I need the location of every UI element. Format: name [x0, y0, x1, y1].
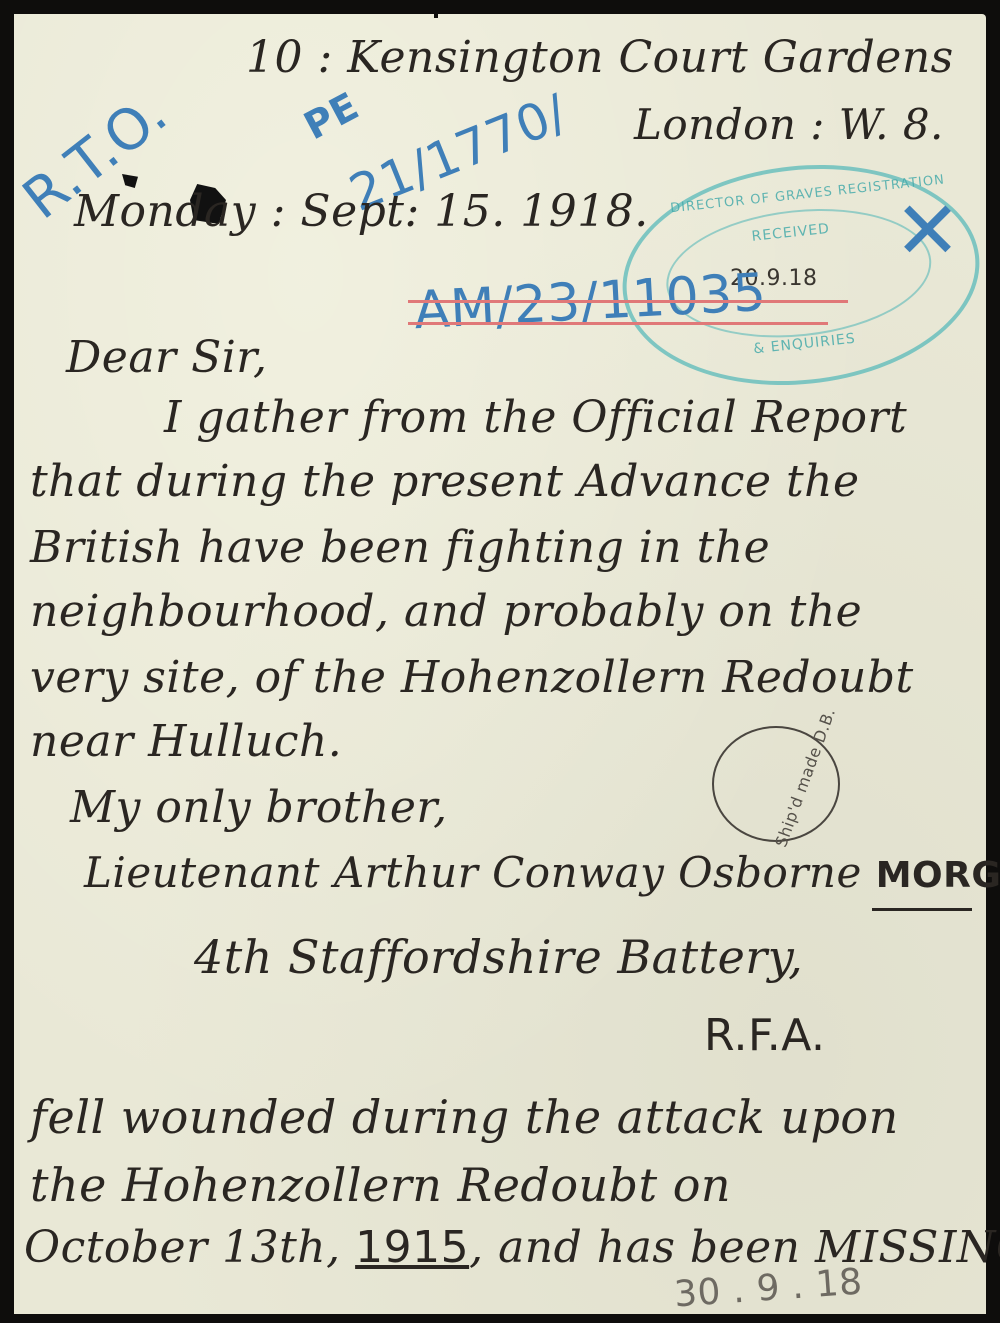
blue-cross-mark: ✕	[894, 184, 962, 277]
body-line-2: that during the present Advance the	[30, 456, 860, 507]
brother-surname: MORGAN	[876, 855, 1000, 896]
brother-name: Lieutenant Arthur Conway Osborne MORGAN	[84, 848, 1000, 897]
final-line-start: October 13th,	[24, 1222, 341, 1273]
final-line-end: , and has been MISSING	[469, 1222, 1000, 1273]
address-line-2: London : W. 8.	[634, 100, 944, 149]
brother-name-given: Lieutenant Arthur Conway Osborne	[84, 848, 862, 897]
brother-intro: My only brother,	[70, 782, 448, 833]
body-line-8: the Hohenzollern Redoubt on	[30, 1158, 731, 1212]
body-line-6: near Hulluch.	[30, 716, 342, 767]
unit-abbrev: R.F.A.	[704, 1010, 826, 1061]
body-line-7: fell wounded during the attack upon	[30, 1090, 899, 1144]
body-line-1: I gather from the Official Report	[164, 392, 907, 443]
circled-pencil-note: Ship'd made D.B.	[712, 726, 840, 842]
circled-note-text: Ship'd made D.B.	[771, 705, 839, 849]
letter-date: Monday : Sept: 15. 1918.	[74, 186, 649, 237]
surname-underline	[872, 908, 972, 911]
letter-page: 10 : Kensington Court Gardens London : W…	[14, 14, 986, 1314]
salutation: Dear Sir,	[66, 332, 267, 383]
unit-line: 4th Staffordshire Battery,	[194, 930, 803, 984]
red-strike-line	[408, 322, 828, 325]
pe-annotation: PE	[297, 84, 366, 149]
body-line-4: neighbourhood, and probably on the	[30, 586, 862, 637]
body-line-5: very site, of the Hohenzollern Redoubt	[30, 652, 914, 703]
address-line-1: 10 : Kensington Court Gardens	[246, 32, 954, 83]
final-year: 1915	[355, 1222, 469, 1273]
red-strike-line	[408, 300, 848, 303]
body-line-3: British have been fighting in the	[30, 522, 770, 573]
paper-notch	[434, 14, 438, 18]
